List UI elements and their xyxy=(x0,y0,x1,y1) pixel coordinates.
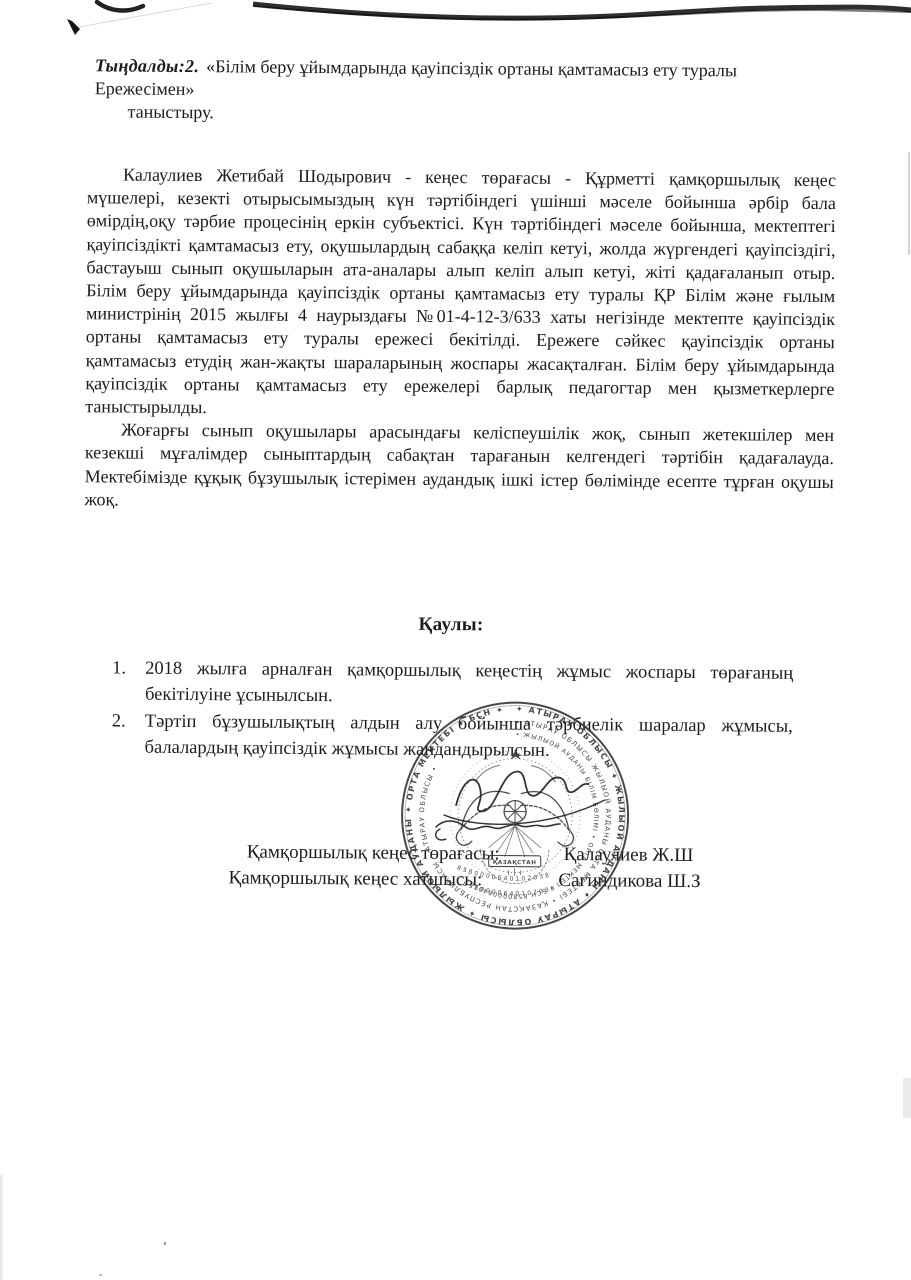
scan-corner-patch xyxy=(903,1078,911,1118)
heard-section: Тыңдалды:2.«Білім беру ұйымдарында қауіп… xyxy=(95,54,841,106)
scanned-document-page: Тыңдалды:2.«Білім беру ұйымдарында қауіп… xyxy=(0,0,911,1280)
handwritten-signatures xyxy=(414,743,655,855)
stamp-center-label: ҚАЗАҚСТАН xyxy=(493,860,537,866)
body-paragraph: Жоғарғы сынып оқушылары арасындағы келіс… xyxy=(84,418,834,517)
heard-text-continued: таныстыру. xyxy=(128,101,911,130)
resolution-item-number: 1. xyxy=(112,655,145,707)
resolution-heading: Қаулы: xyxy=(0,611,907,640)
heard-label: Тыңдалды:2. xyxy=(95,55,199,76)
body-paragraph: Калаулиев Жетибай Шодырович - кеңес төра… xyxy=(85,163,836,424)
document-content: Тыңдалды:2.«Білім беру ұйымдарында қауіп… xyxy=(0,0,911,1280)
resolution-item-number: 2. xyxy=(112,708,145,760)
